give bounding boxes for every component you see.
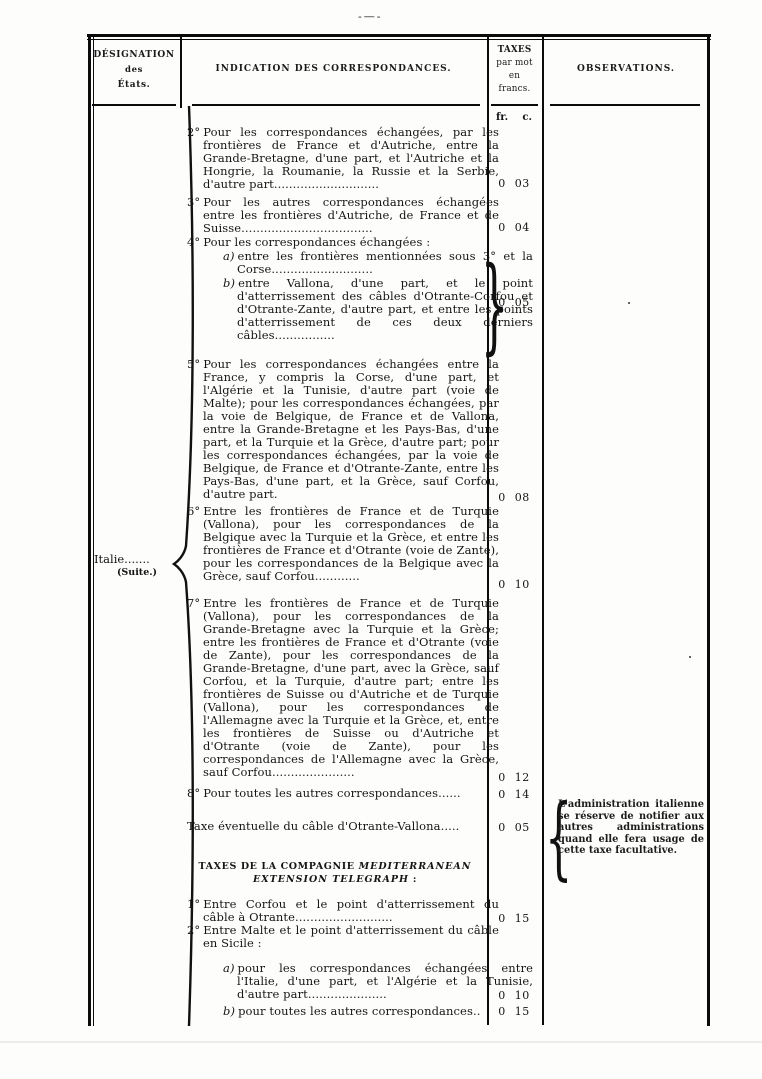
item-c2: 2°Entre Malte et le point d'atterrisseme…: [187, 924, 499, 950]
item-8-number: 8°: [187, 786, 200, 800]
item-7: 7°Entre les frontières de France et de T…: [187, 597, 499, 779]
section-heading-plain: TAXES DE LA COMPAGNIE: [199, 861, 355, 872]
item-7-number: 7°: [187, 596, 200, 610]
item-5-text: Pour les correspondances échangées entre…: [203, 357, 499, 501]
item-c1-text: Entre Corfou et le point d'atterrissemen…: [203, 897, 499, 924]
header-underline-observations: [550, 104, 700, 106]
ink-speck: [628, 302, 630, 304]
item-6-number: 6°: [187, 504, 200, 518]
tax-item-2: 0 03: [488, 177, 540, 190]
state-name: Italie.......: [94, 552, 150, 566]
tax-item-c2a: 0 10: [488, 989, 540, 1002]
item-2-text: Pour les correspondances échangées, par …: [203, 125, 499, 191]
section-heading: TAXES DE LA COMPAGNIE MEDITERRANEAN EXTE…: [187, 860, 483, 886]
item-c2a-letter: a): [223, 961, 235, 975]
item-3-text: Pour les autres correspondances échangée…: [203, 195, 499, 235]
item-4-text: Pour les correspondances échangées :: [203, 235, 430, 249]
header-observations: OBSERVATIONS.: [542, 64, 710, 74]
tax-taxe-eventuelle: 0 05: [488, 821, 540, 834]
divider-taxes-observations: [542, 37, 544, 1025]
header-taxes: TAXES par mot en francs.: [487, 44, 542, 96]
tax-item-6: 0 10: [488, 578, 540, 591]
item-c2-text: Entre Malte et le point d'atterrissement…: [203, 923, 499, 950]
item-3: 3°Pour les autres correspondances échang…: [187, 196, 499, 235]
item-c1: 1°Entre Corfou et le point d'atterrissem…: [187, 898, 499, 924]
tax-item-8: 0 14: [488, 788, 540, 801]
header-taxes-line2: par mot: [487, 57, 542, 70]
page-number-mark: -—-: [358, 10, 382, 23]
currency-centimes-label: c.: [522, 112, 532, 123]
item-3-number: 3°: [187, 195, 200, 209]
item-8: 8°Pour toutes les autres correspondances…: [187, 787, 499, 800]
item-5: 5°Pour les correspondances échangées ent…: [187, 358, 499, 501]
tax-item-4: 0 05: [488, 296, 540, 309]
item-2-number: 2°: [187, 125, 200, 139]
tax-item-c2b: 0 15: [488, 1005, 540, 1018]
item-c1-number: 1°: [187, 897, 200, 911]
item-4b-letter: b): [223, 276, 235, 290]
ink-speck: [689, 656, 691, 658]
item-c2b-letter: b): [223, 1004, 235, 1018]
section-heading-italic2: EXTENSION TELEGRAPH: [253, 874, 409, 885]
item-5-number: 5°: [187, 357, 200, 371]
item-c2b-text: pour toutes les autres correspondances..: [238, 1004, 480, 1018]
tax-item-5: 0 08: [488, 491, 540, 504]
header-underline-taxes: [491, 104, 538, 106]
currency-francs-label: fr.: [496, 112, 508, 123]
scanned-page: -—- DÉSIGNATION des États. INDICATION DE…: [0, 0, 762, 1079]
tax-item-7: 0 12: [488, 771, 540, 784]
page-bottom-scan-edge: [0, 1041, 762, 1043]
currency-subheader: fr. c.: [489, 112, 539, 123]
table-left-border: [88, 34, 91, 1026]
state-suite: (Suite.): [94, 567, 180, 578]
item-6: 6°Entre les frontières de France et de T…: [187, 505, 499, 583]
header-taxes-line1: TAXES: [487, 44, 542, 57]
item-6-text: Entre les frontières de France et de Tur…: [203, 504, 499, 583]
header-indication: INDICATION DES CORRESPONDANCES.: [180, 64, 487, 74]
item-4: 4°Pour les correspondances échangées :: [187, 236, 499, 249]
header-underline-designation: [92, 104, 176, 106]
section-heading-colon: :: [413, 874, 417, 885]
tax-item-c1: 0 15: [488, 912, 540, 925]
item-c2b: b)pour toutes les autres correspondances…: [223, 1005, 533, 1018]
header-designation: DÉSIGNATION des États.: [88, 48, 180, 93]
header-taxes-line3: en: [487, 70, 542, 83]
section-heading-italic1: MEDITERRANEAN: [359, 861, 472, 872]
item-taxe-eventuelle: Taxe éventuelle du câble d'Otrante-Vallo…: [187, 820, 483, 833]
table-left-border-inner: [93, 37, 94, 1026]
tax-item-3: 0 04: [488, 221, 540, 234]
header-taxes-line4: francs.: [487, 83, 542, 96]
item-4a-letter: a): [223, 249, 235, 263]
state-label: Italie....... (Suite.): [94, 552, 180, 578]
header-designation-line1: DÉSIGNATION: [88, 48, 180, 63]
item-8-text: Pour toutes les autres correspondances..…: [203, 786, 460, 800]
item-2: 2°Pour les correspondances échangées, pa…: [187, 126, 499, 191]
header-designation-line2: des: [88, 63, 180, 78]
header-designation-line3: États.: [88, 78, 180, 93]
item-c2-number: 2°: [187, 923, 200, 937]
item-c2a: a)pour les correspondances échangées ent…: [223, 962, 533, 1001]
observation-note: L'administration italienne se réserve de…: [558, 799, 704, 857]
tariff-table: DÉSIGNATION des États. INDICATION DES CO…: [88, 34, 710, 1079]
header-underline-indication: [192, 104, 480, 106]
item-7-text: Entre les frontières de France et de Tur…: [203, 596, 499, 779]
table-right-border: [707, 34, 710, 1026]
item-4-number: 4°: [187, 235, 200, 249]
